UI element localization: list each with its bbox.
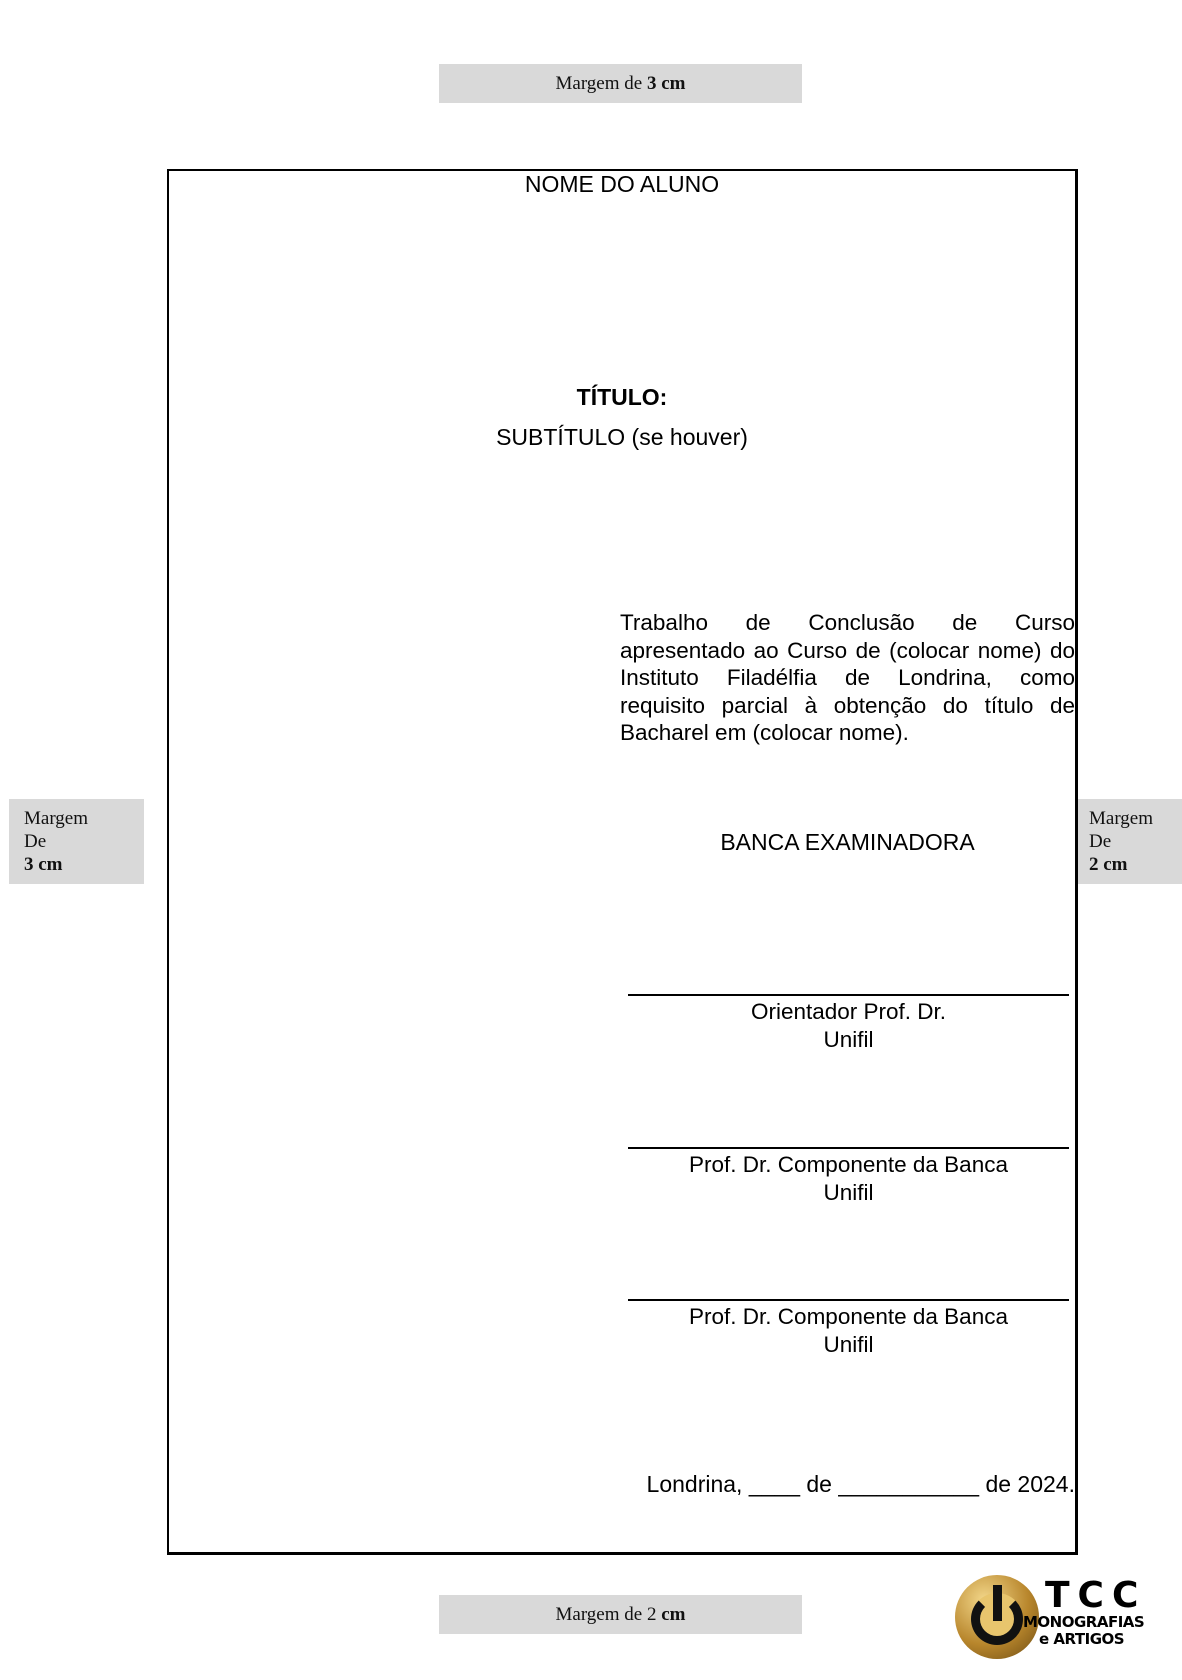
top-margin-prefix: Margem de bbox=[556, 73, 647, 95]
signature-line bbox=[628, 1299, 1069, 1301]
right-margin-label: Margem De 2 cm bbox=[1077, 799, 1182, 884]
place-date: Londrina, ____ de ___________ de 2024. bbox=[620, 1471, 1077, 1498]
bottom-margin-value: cm bbox=[661, 1604, 685, 1626]
signature-block: Orientador Prof. Dr. Unifil bbox=[628, 994, 1069, 1054]
right-margin-line1: Margem bbox=[1089, 807, 1182, 830]
right-margin-line2: De bbox=[1089, 830, 1182, 853]
banca-heading: BANCA EXAMINADORA bbox=[620, 829, 1075, 856]
signature-role: Orientador Prof. Dr. bbox=[628, 998, 1069, 1026]
signature-line bbox=[628, 1147, 1069, 1149]
left-margin-label: Margem De 3 cm bbox=[9, 799, 144, 884]
right-margin-value: 2 cm bbox=[1089, 854, 1128, 875]
left-margin-value: 3 cm bbox=[24, 854, 63, 875]
title: TÍTULO: bbox=[169, 384, 1075, 411]
signature-institution: Unifil bbox=[628, 1331, 1069, 1359]
tcc-logo: TCC MONOGRAFIAS e ARTIGOS bbox=[955, 1575, 1145, 1665]
signature-role: Prof. Dr. Componente da Banca bbox=[628, 1151, 1069, 1179]
work-nature-paragraph: Trabalho de Conclusão de Curso apresenta… bbox=[620, 609, 1075, 747]
subtitle: SUBTÍTULO (se houver) bbox=[169, 424, 1075, 451]
signature-block: Prof. Dr. Componente da Banca Unifil bbox=[628, 1147, 1069, 1207]
top-margin-value: 3 cm bbox=[647, 73, 686, 95]
signature-institution: Unifil bbox=[628, 1026, 1069, 1054]
logo-monografias-text: MONOGRAFIAS bbox=[1023, 1613, 1144, 1631]
signature-block: Prof. Dr. Componente da Banca Unifil bbox=[628, 1299, 1069, 1359]
left-margin-line2: De bbox=[24, 830, 144, 853]
signature-line bbox=[628, 994, 1069, 996]
logo-artigos-text: e ARTIGOS bbox=[1039, 1630, 1124, 1648]
signature-institution: Unifil bbox=[628, 1179, 1069, 1207]
bottom-margin-prefix: Margem de 2 bbox=[556, 1604, 662, 1626]
signature-role: Prof. Dr. Componente da Banca bbox=[628, 1303, 1069, 1331]
top-margin-label: Margem de 3 cm bbox=[439, 64, 802, 103]
left-margin-line1: Margem bbox=[24, 807, 144, 830]
page-frame: NOME DO ALUNO TÍTULO: SUBTÍTULO (se houv… bbox=[167, 169, 1078, 1555]
bottom-margin-label: Margem de 2 cm bbox=[439, 1595, 802, 1634]
logo-tcc-text: TCC bbox=[1045, 1575, 1146, 1616]
student-name: NOME DO ALUNO bbox=[169, 171, 1075, 198]
